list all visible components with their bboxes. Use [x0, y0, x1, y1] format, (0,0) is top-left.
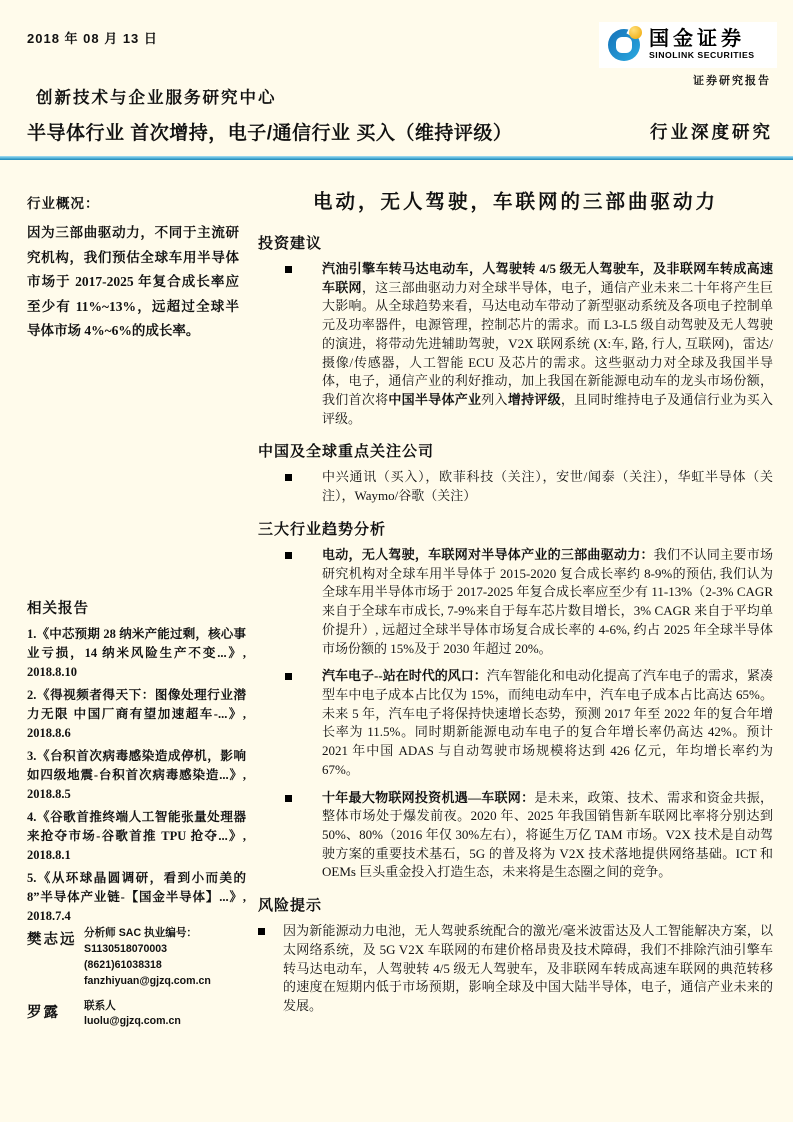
industry-overview-text: 因为三部曲驱动力，不同于主流研究机构，我们预估全球车用半导体市场于 2017-2… — [27, 221, 239, 344]
analyst-name: 罗露 — [27, 999, 84, 1031]
analysts-block: 樊志远 分析师 SAC 执业编号：S1130518070003 (8621)61… — [27, 926, 255, 1039]
analyst-detail: 联系人 luolu@gjzq.com.cn — [84, 999, 255, 1031]
bullet-square-icon — [285, 266, 292, 273]
header-divider — [0, 156, 793, 160]
related-report-item[interactable]: 2.《得视频者得天下：图像处理行业潜力无限 中国厂商有望加速超车-...》, 2… — [27, 686, 246, 743]
industry-overview-title: 行业概况： — [27, 192, 239, 212]
analyst-role: 联系人 — [84, 999, 255, 1015]
analyst-name: 樊志远 — [27, 926, 84, 990]
report-date: 2018 年 08 月 13 日 — [27, 28, 158, 47]
section-title-trend-analysis: 三大行业趋势分析 — [258, 518, 773, 539]
bullet-item: 十年最大物联网投资机遇—车联网：是未来，政策、技术、需求和资金共振，整体市场处于… — [285, 789, 773, 883]
brand-name-en: SINOLINK SECURITIES — [649, 50, 755, 61]
related-report-item[interactable]: 5.《从环球晶圆调研，看到小而美的 8”半导体产业链-【国金半导体】...》, … — [27, 869, 246, 926]
bullet-text: 中兴通讯（买入），欧菲科技（关注），安世/闻泰（关注），华虹半导体（关注），Wa… — [322, 468, 773, 505]
related-report-item[interactable]: 1.《中芯预期 28 纳米产能过剩，核心事业亏损，14 纳米风险生产不变...》… — [27, 625, 246, 682]
bullet-text: 汽油引擎车转马达电动车，人驾驶转 4/5 级无人驾驶车，及非联网车转成高速车联网… — [322, 260, 773, 428]
analyst-email[interactable]: fanzhiyuan@gjzq.com.cn — [84, 974, 255, 990]
related-reports-block: 相关报告 1.《中芯预期 28 纳米产能过剩，核心事业亏损，14 纳米风险生产不… — [27, 597, 246, 930]
analyst-phone: (8621)61038318 — [84, 958, 255, 974]
industry-rating-line: 半导体行业 首次增持，电子/通信行业 买入（维持评级） — [27, 118, 512, 145]
page-title: 电动，无人驾驶，车联网的三部曲驱动力 — [258, 186, 773, 214]
research-center-name: 创新技术与企业服务研究中心 — [36, 84, 277, 108]
bullet-square-icon — [285, 552, 292, 559]
bullet-item: 汽车电子--站在时代的风口：汽车智能化和电动化提高了汽车电子的需求，紧凑型车中电… — [285, 667, 773, 779]
bullet-item: 电动，无人驾驶，车联网对半导体产业的三部曲驱动力：我们不认同主要市场研究机构对全… — [285, 546, 773, 658]
related-report-item[interactable]: 3.《台积首次病毒感染造成停机，影响如四级地震-台积首次病毒感染造...》, 2… — [27, 747, 246, 804]
section-title-focus-companies: 中国及全球重点关注公司 — [258, 440, 773, 461]
report-type-label: 行业深度研究 — [650, 119, 773, 145]
bullet-text: 十年最大物联网投资机遇—车联网：是未来，政策、技术、需求和资金共振，整体市场处于… — [322, 789, 773, 883]
research-report-page: 2018 年 08 月 13 日 国金证券 SINOLINK SECURITIE… — [0, 0, 793, 1122]
related-reports-title: 相关报告 — [27, 597, 246, 618]
bullet-item: 汽油引擎车转马达电动车，人驾驶转 4/5 级无人驾驶车，及非联网车转成高速车联网… — [285, 260, 773, 428]
section-title-risk-warning: 风险提示 — [258, 894, 773, 915]
analyst-detail: 分析师 SAC 执业编号：S1130518070003 (8621)610383… — [84, 926, 255, 990]
bullet-item: 中兴通讯（买入），欧菲科技（关注），安世/闻泰（关注），华虹半导体（关注），Wa… — [285, 468, 773, 505]
related-report-item[interactable]: 4.《谷歌首推终端人工智能张量处理器来抢夺市场-谷歌首推 TPU 抢夺...》,… — [27, 808, 246, 865]
bullet-text: 因为新能源动力电池，无人驾驶系统配合的激光/毫米波雷达及人工智能解决方案，以太网… — [283, 922, 773, 1016]
bullet-item: 因为新能源动力电池，无人驾驶系统配合的激光/毫米波雷达及人工智能解决方案，以太网… — [258, 922, 773, 1016]
bullet-square-icon — [285, 474, 292, 481]
logo-gold-ball-icon — [629, 26, 642, 39]
main-column: 电动，无人驾驶，车联网的三部曲驱动力 投资建议 汽油引擎车转马达电动车，人驾驶转… — [258, 182, 773, 1025]
brand-name-cn: 国金证券 — [649, 29, 755, 50]
analyst-row: 樊志远 分析师 SAC 执业编号：S1130518070003 (8621)61… — [27, 926, 255, 990]
report-tagline: 证券研究报告 — [693, 72, 771, 88]
bullet-text: 电动，无人驾驶，车联网对半导体产业的三部曲驱动力：我们不认同主要市场研究机构对全… — [322, 546, 773, 658]
bullet-square-icon — [285, 673, 292, 680]
analyst-email[interactable]: luolu@gjzq.com.cn — [84, 1014, 255, 1030]
industry-overview-block: 行业概况： 因为三部曲驱动力，不同于主流研究机构，我们预估全球车用半导体市场于 … — [27, 192, 239, 344]
bullet-square-icon — [258, 928, 265, 935]
section-title-investment-advice: 投资建议 — [258, 232, 773, 253]
bullet-text: 汽车电子--站在时代的风口：汽车智能化和电动化提高了汽车电子的需求，紧凑型车中电… — [322, 667, 773, 779]
analyst-role: 分析师 SAC 执业编号：S1130518070003 — [84, 926, 255, 958]
logo-wordmark: 国金证券 SINOLINK SECURITIES — [649, 29, 755, 61]
analyst-row: 罗露 联系人 luolu@gjzq.com.cn — [27, 999, 255, 1031]
sinolink-logo-icon — [606, 27, 642, 63]
sinolink-logo: 国金证券 SINOLINK SECURITIES — [599, 22, 777, 68]
rating-row: 半导体行业 首次增持，电子/通信行业 买入（维持评级） 行业深度研究 — [27, 118, 773, 145]
bullet-square-icon — [285, 795, 292, 802]
